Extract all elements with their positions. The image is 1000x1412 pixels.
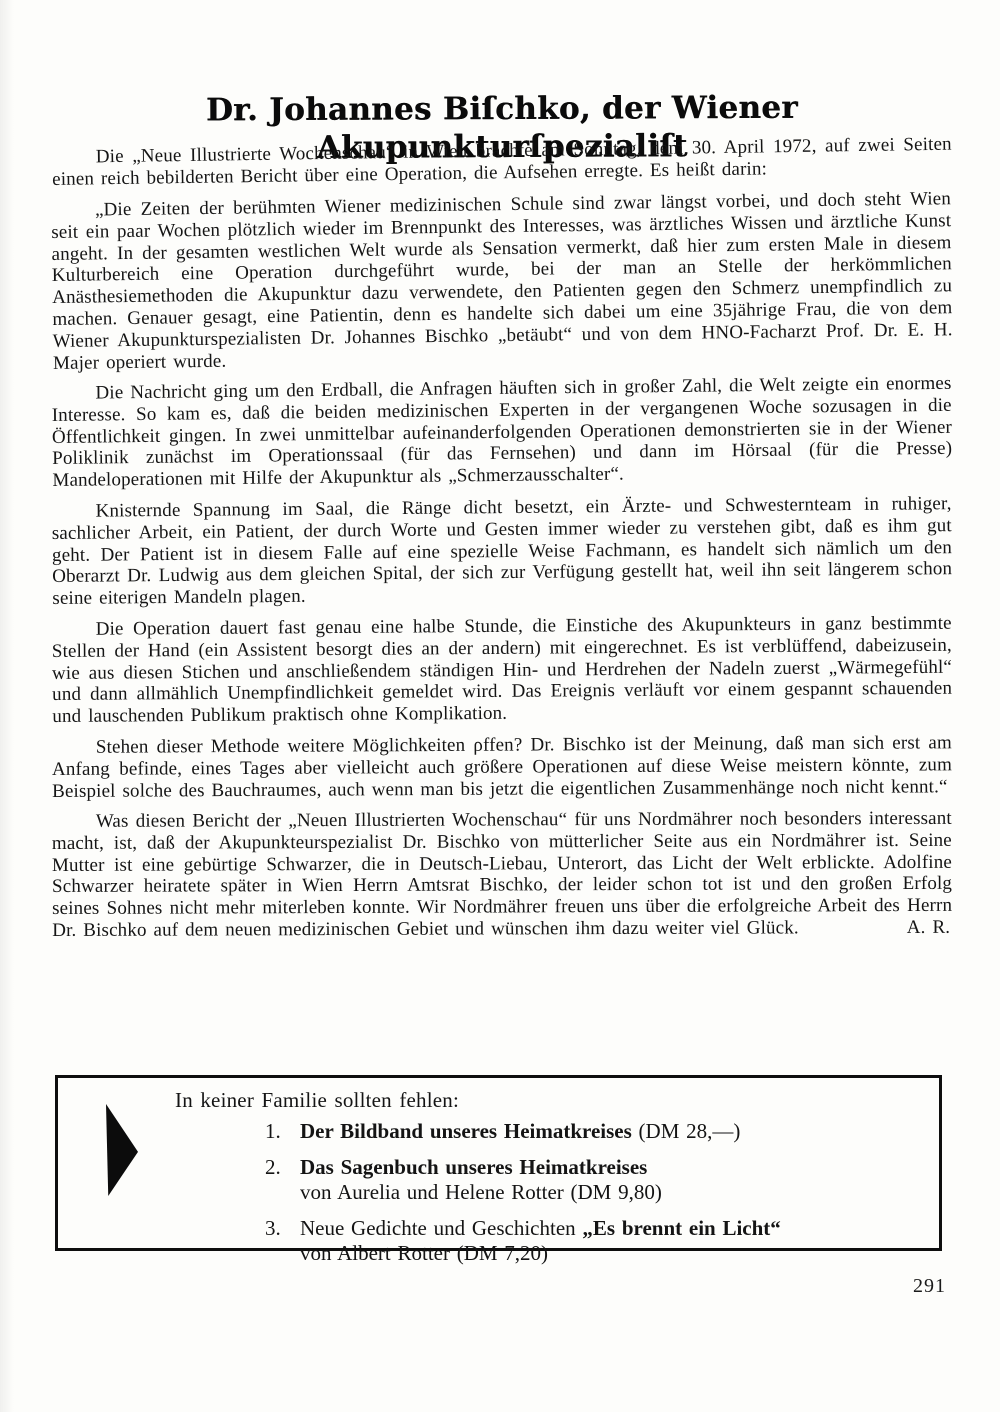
- advertisement-header: In keiner Familie sollten fehlen:: [175, 1088, 459, 1113]
- item-book-title: Das Sagenbuch unseres Heimatkreises: [300, 1155, 647, 1179]
- book-advertisement-box: In keiner Familie sollten fehlen: 1. Der…: [55, 1075, 942, 1251]
- item-book-title: Der Bildband unseres Heimatkreises: [300, 1119, 632, 1143]
- list-item: 1. Der Bildband unseres Heimatkreises (D…: [265, 1119, 921, 1144]
- paragraph-closing-text: Was diesen Bericht der „Neuen Illustrier…: [52, 808, 952, 941]
- item-author-price: von Aurelia und Helene Rotter (DM 9,80): [300, 1180, 662, 1205]
- advertisement-list: 1. Der Bildband unseres Heimatkreises (D…: [265, 1119, 921, 1277]
- article-body: Die „Neue Illustrierte Wochenschau“ in W…: [52, 147, 952, 951]
- list-item-number: 3.: [265, 1216, 287, 1266]
- list-item-number: 2.: [265, 1155, 287, 1205]
- paragraph-closing: Was diesen Bericht der „Neuen Illustrier…: [52, 808, 952, 942]
- item-author-price: von Albert Rotter (DM 7,20): [300, 1241, 781, 1266]
- paragraph-quote-1: „Die Zeiten der berühmten Wiener medizin…: [51, 188, 953, 374]
- list-item-number: 1.: [265, 1119, 287, 1144]
- list-item-text: Neue Gedichte und Geschichten „Es brennt…: [300, 1216, 781, 1266]
- item-prefix: Neue Gedichte und Geschichten: [300, 1216, 582, 1240]
- paragraph-quote-4: Die Operation dauert fast genau eine hal…: [52, 613, 953, 728]
- list-item: 3. Neue Gedichte und Geschichten „Es bre…: [265, 1216, 921, 1266]
- paragraph-quote-5: Stehen dieser Methode weitere Möglichkei…: [52, 732, 952, 802]
- list-item-text: Der Bildband unseres Heimatkreises (DM 2…: [300, 1119, 740, 1144]
- item-price: (DM 28,—): [632, 1119, 741, 1143]
- list-item-text: Das Sagenbuch unseres Heimatkreises von …: [300, 1155, 662, 1205]
- paragraph-quote-3: Knisternde Spannung im Saal, die Ränge d…: [52, 493, 953, 610]
- arrow-right-icon: [106, 1104, 138, 1196]
- author-initials: A. R.: [907, 917, 950, 939]
- scanned-book-page: Dr. Johannes Biſchko, der Wiener Akupunk…: [0, 0, 1000, 1412]
- paragraph-quote-2: Die Nachricht ging um den Erdball, die A…: [51, 373, 952, 492]
- list-item: 2. Das Sagenbuch unseres Heimatkreises v…: [265, 1155, 921, 1205]
- page-number: 291: [913, 1275, 946, 1298]
- item-book-title: „Es brennt ein Licht“: [582, 1216, 780, 1240]
